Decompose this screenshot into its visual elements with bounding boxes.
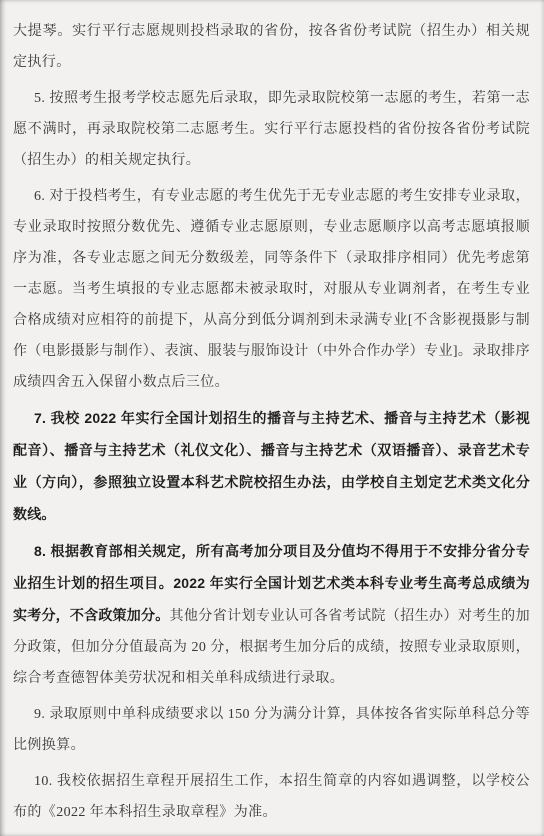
text-segment: 10. 我校依据招生章程开展招生工作，本招生简章的内容如遇调整，以学校公布的《2… xyxy=(13,774,530,820)
text-segment: 大提琴。实行平行志愿规则投档录取的省份，按各省份考试院（招生办）相关规定执行。 xyxy=(13,24,530,70)
document-body: 大提琴。实行平行志愿规则投档录取的省份，按各省份考试院（招生办）相关规定执行。5… xyxy=(13,16,530,828)
paragraph: 5. 按照考生报考学校志愿先后录取，即先录取院校第一志愿的考生，若第一志愿不满时… xyxy=(13,83,530,176)
text-segment: 9. 录取原则中单科成绩要求以 150 分为满分计算，具体按各省实际单科总分等比… xyxy=(13,707,530,753)
bold-text-segment: 7. 我校 2022 年实行全国计划招生的播音与主持艺术、播音与主持艺术（影视配… xyxy=(13,410,530,522)
paragraph: 大提琴。实行平行志愿规则投档录取的省份，按各省份考试院（招生办）相关规定执行。 xyxy=(13,16,530,78)
paragraph: 7. 我校 2022 年实行全国计划招生的播音与主持艺术、播音与主持艺术（影视配… xyxy=(13,403,530,531)
document-page: 大提琴。实行平行志愿规则投档录取的省份，按各省份考试院（招生办）相关规定执行。5… xyxy=(0,0,544,836)
text-segment: 6. 对于投档考生，有专业志愿的考生优先于无专业志愿的考生安排专业录取，专业录取… xyxy=(13,189,530,390)
paragraph: 9. 录取原则中单科成绩要求以 150 分为满分计算，具体按各省实际单科总分等比… xyxy=(13,699,530,761)
paragraph: 6. 对于投档考生，有专业志愿的考生优先于无专业志愿的考生安排专业录取，专业录取… xyxy=(13,181,530,398)
text-segment: 5. 按照考生报考学校志愿先后录取，即先录取院校第一志愿的考生，若第一志愿不满时… xyxy=(13,91,530,168)
paragraph: 10. 我校依据招生章程开展招生工作，本招生简章的内容如遇调整，以学校公布的《2… xyxy=(13,766,530,828)
paragraph: 8. 根据教育部相关规定，所有高考加分项目及分值均不得用于不安排分省分专业招生计… xyxy=(13,536,530,694)
